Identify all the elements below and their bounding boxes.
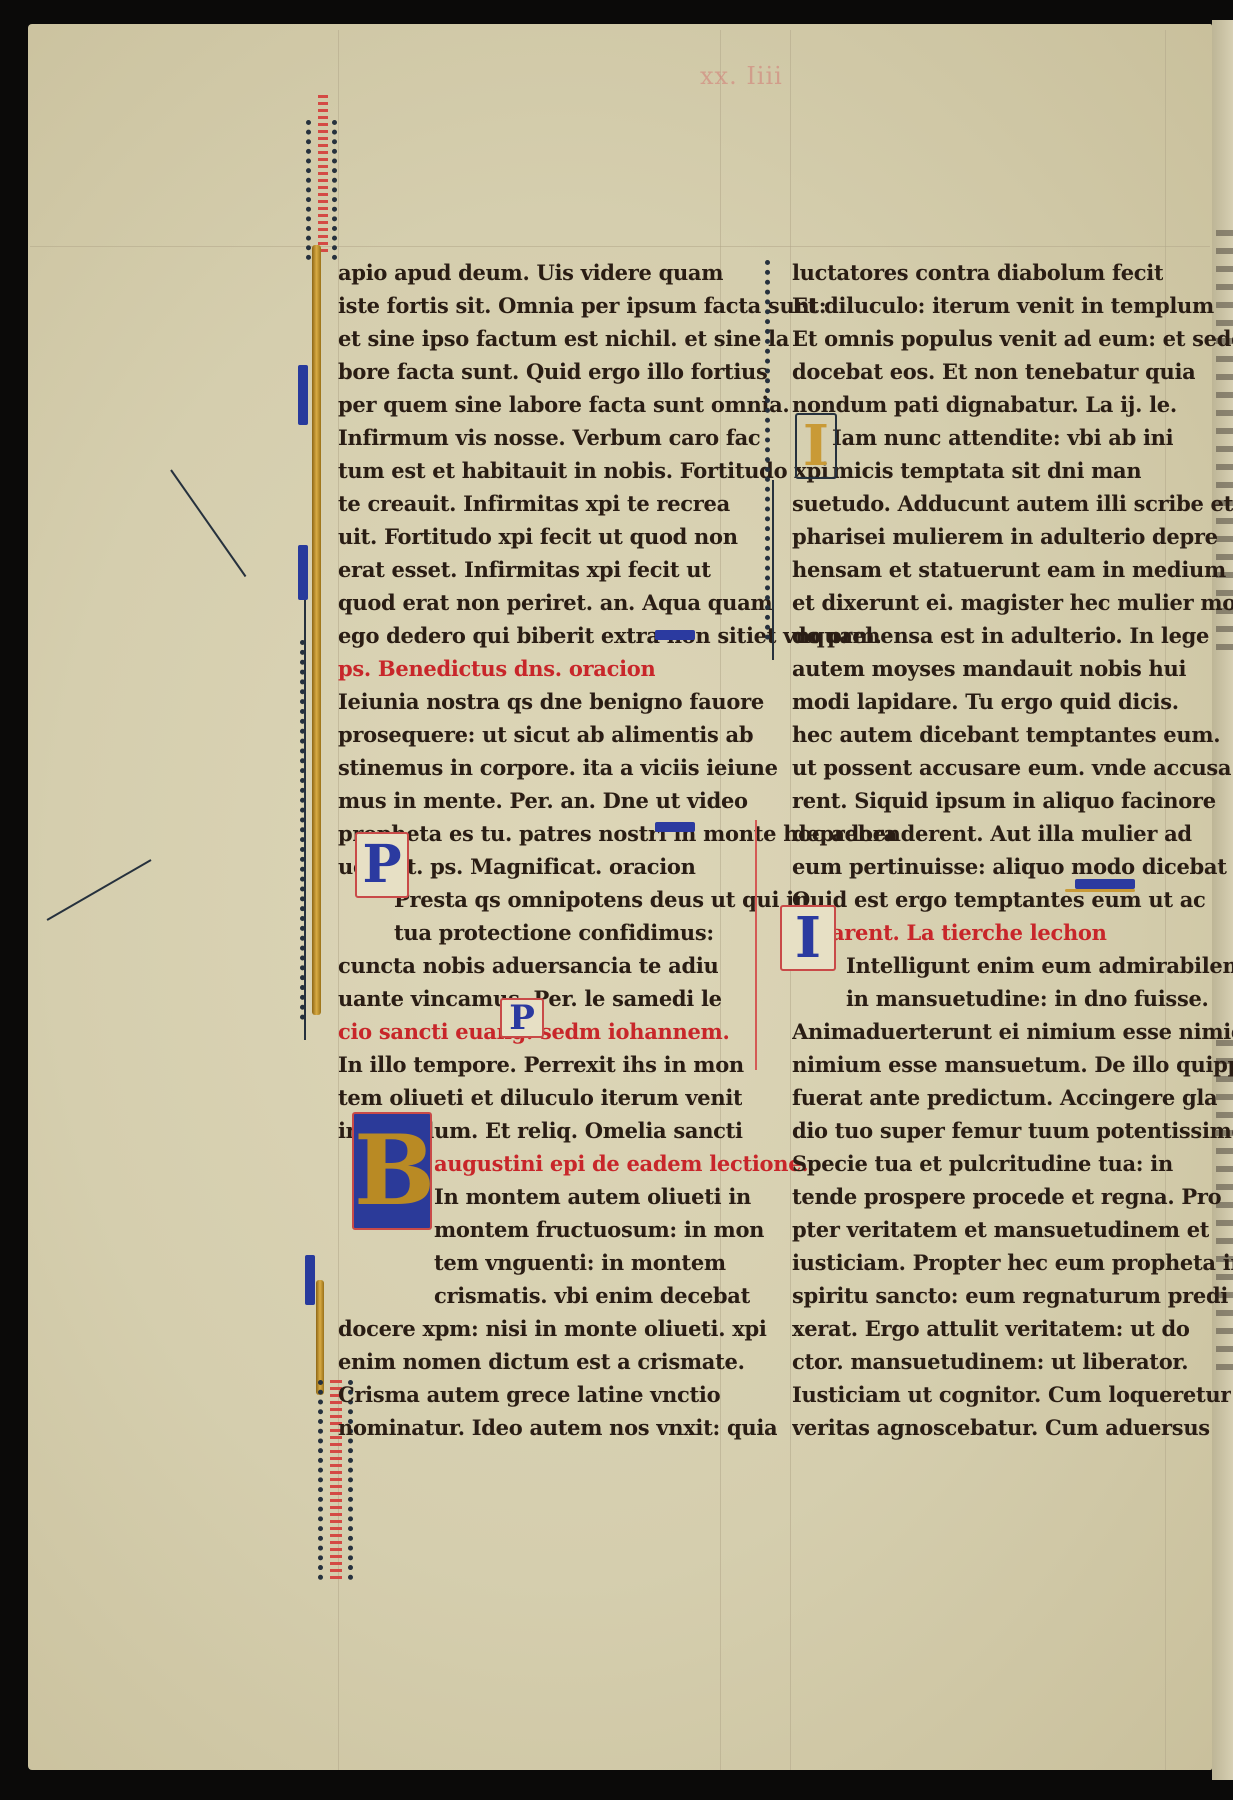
text-line: tum est et habitauit in nobis. Fortitudo… xyxy=(338,454,829,487)
initial-letter-intelligunt: I xyxy=(780,905,836,971)
text-line: xerat. Ergo attulit veritatem: ut do xyxy=(792,1312,1190,1345)
text-line: suetudo. Adducunt autem illi scribe et xyxy=(792,487,1233,520)
border-pearl-line-mid xyxy=(300,640,305,1020)
text-line: eum pertinuisse: aliquo modo dicebat xyxy=(792,850,1227,883)
text-line: in mansuetudine: in dno fuisse. xyxy=(846,982,1209,1015)
text-line: iste fortis sit. Omnia per ipsum facta s… xyxy=(338,289,826,322)
adjacent-page-edge xyxy=(1212,20,1233,1780)
text-line: hensam et statuerunt eam in medium xyxy=(792,553,1226,586)
text-line: tem vnguenti: in montem xyxy=(434,1246,726,1279)
border-red-filigree-top xyxy=(318,95,328,255)
text-line: ut possent accusare eum. vnde accusa xyxy=(792,751,1231,784)
text-line: fuerat ante predictum. Accingere gla xyxy=(792,1081,1217,1114)
text-line: et dixerunt ei. magister hec mulier mo xyxy=(792,586,1233,619)
text-line: prosequere: ut sicut ab alimentis ab xyxy=(338,718,753,751)
text-line: dio tuo super femur tuum potentissime xyxy=(792,1114,1233,1147)
line-filler-blue xyxy=(655,630,695,640)
text-line: te creauit. Infirmitas xpi te recrea xyxy=(338,487,730,520)
text-line: quod erat non periret. an. Aqua quam xyxy=(338,586,772,619)
text-line: luctatores contra diabolum fecit xyxy=(792,256,1163,289)
text-line: autem moyses mandauit nobis hui xyxy=(792,652,1186,685)
text-line: Crisma autem grece latine vnctio xyxy=(338,1378,720,1411)
text-line: iusticiam. Propter hec eum propheta in xyxy=(792,1246,1233,1279)
text-line: tende prospere procede et regna. Pro xyxy=(792,1180,1221,1213)
text-line: tua protectione confidimus: xyxy=(394,916,714,949)
border-blue-leaf-1 xyxy=(298,365,308,425)
border-pearl-line-top-2 xyxy=(332,120,337,260)
right-border-ink-stem xyxy=(772,480,774,660)
border-pearl-line-top xyxy=(306,120,311,260)
text-line: pharisei mulierem in adulterio depre xyxy=(792,520,1218,553)
text-line: do prehensa est in adulterio. In lege xyxy=(792,619,1209,652)
line-filler-blue xyxy=(1075,879,1135,889)
text-line: docebat eos. Et non tenebatur quia xyxy=(792,355,1195,388)
text-line: Iam nunc attendite: vbi ab ini xyxy=(832,421,1173,454)
text-line: Intelligunt enim eum admirabilem xyxy=(846,949,1233,982)
text-line: Specie tua et pulcritudine tua: in xyxy=(792,1147,1173,1180)
right-border-red-spray xyxy=(755,820,757,1070)
text-line: et sine ipso factum est nichil. et sine … xyxy=(338,322,789,355)
text-line: veritas agnoscebatur. Cum aduersus xyxy=(792,1411,1210,1444)
text-line: stinemus in corpore. ita a viciis ieiune xyxy=(338,751,778,784)
text-line: enim nomen dictum est a crismate. xyxy=(338,1345,745,1378)
border-gold-bar xyxy=(312,245,321,1015)
rubric-line: ps. Benedictus dns. oracion xyxy=(338,652,655,685)
text-line: erat esset. Infirmitas xpi fecit ut xyxy=(338,553,711,586)
text-line: crismatis. vbi enim decebat xyxy=(434,1279,750,1312)
text-line: nondum pati dignabatur. La ij. le. xyxy=(792,388,1177,421)
text-line: nominatur. Ideo autem nos vnxit: quia xyxy=(338,1411,777,1444)
initial-letter-perrexit: P xyxy=(500,998,544,1038)
initial-letter-in-montem: B xyxy=(352,1112,432,1230)
right-text-column: luctatores contra diabolum fecit Et dilu… xyxy=(792,256,1172,1456)
text-line: cuncta nobis aduersancia te adiu xyxy=(338,949,718,982)
text-line: In illo tempore. Perrexit ihs in mon xyxy=(338,1048,744,1081)
text-line: rent. Siquid ipsum in aliquo facinore xyxy=(792,784,1216,817)
text-line: montem fructuosum: in mon xyxy=(434,1213,764,1246)
line-filler-blue xyxy=(655,822,695,832)
line-filler-gold xyxy=(1065,889,1135,892)
text-line: docere xpm: nisi in monte oliueti. xpi xyxy=(338,1312,767,1345)
border-gold-bar-lower xyxy=(316,1280,324,1395)
text-line: apio apud deum. Uis videre quam xyxy=(338,256,723,289)
text-line: ctor. mansuetudinem: ut liberator. xyxy=(792,1345,1188,1378)
text-line: per quem sine labore facta sunt omnia. xyxy=(338,388,789,421)
text-line: micis temptata sit dni man xyxy=(832,454,1141,487)
text-line: Iusticiam ut cognitor. Cum loqueretur xyxy=(792,1378,1231,1411)
text-line: mus in mente. Per. an. Dne ut video xyxy=(338,784,748,817)
rubric-line: cusarent. La tierche lechon xyxy=(792,916,1107,949)
text-line: In montem autem oliueti in xyxy=(434,1180,751,1213)
rubric-line: augustini epi de eadem lectione. xyxy=(434,1147,808,1180)
text-line: modi lapidare. Tu ergo quid dicis. xyxy=(792,685,1179,718)
text-line: spiritu sancto: eum regnaturum predi xyxy=(792,1279,1228,1312)
text-line: Ieiunia nostra qs dne benigno fauore xyxy=(338,685,764,718)
initial-letter-presta: P xyxy=(355,832,409,898)
text-line: pter veritatem et mansuetudinem et xyxy=(792,1213,1209,1246)
right-border-pearl-line xyxy=(765,260,770,640)
text-line: bore facta sunt. Quid ergo illo fortius xyxy=(338,355,768,388)
folio-number: xx. Iiii xyxy=(700,62,783,90)
text-line: nimium esse mansuetum. De illo quippe xyxy=(792,1048,1233,1081)
ruling-top xyxy=(30,246,1210,247)
border-blue-leaf-3 xyxy=(305,1255,315,1305)
border-pearl-line-bottom xyxy=(318,1380,323,1580)
text-line: Infirmum vis nosse. Verbum caro fac xyxy=(338,421,760,454)
text-line: Et omnis populus venit ad eum: et sedens xyxy=(792,322,1233,355)
text-line: uit. Fortitudo xpi fecit ut quod non xyxy=(338,520,738,553)
text-line: deprehenderent. Aut illa mulier ad xyxy=(792,817,1192,850)
text-line: Presta qs omnipotens deus ut qui in xyxy=(394,883,809,916)
text-line: Et diluculo: iterum venit in templum xyxy=(792,289,1214,322)
text-line: tem oliueti et diluculo iterum venit xyxy=(338,1081,742,1114)
text-line: Animaduerterunt ei nimium esse nimie xyxy=(792,1015,1233,1048)
text-line: Quid est ergo temptantes eum ut ac xyxy=(792,883,1206,916)
text-line: hec autem dicebant temptantes eum. xyxy=(792,718,1220,751)
border-blue-leaf-2 xyxy=(298,545,308,600)
initial-letter-iam-nunc: I xyxy=(795,413,837,479)
